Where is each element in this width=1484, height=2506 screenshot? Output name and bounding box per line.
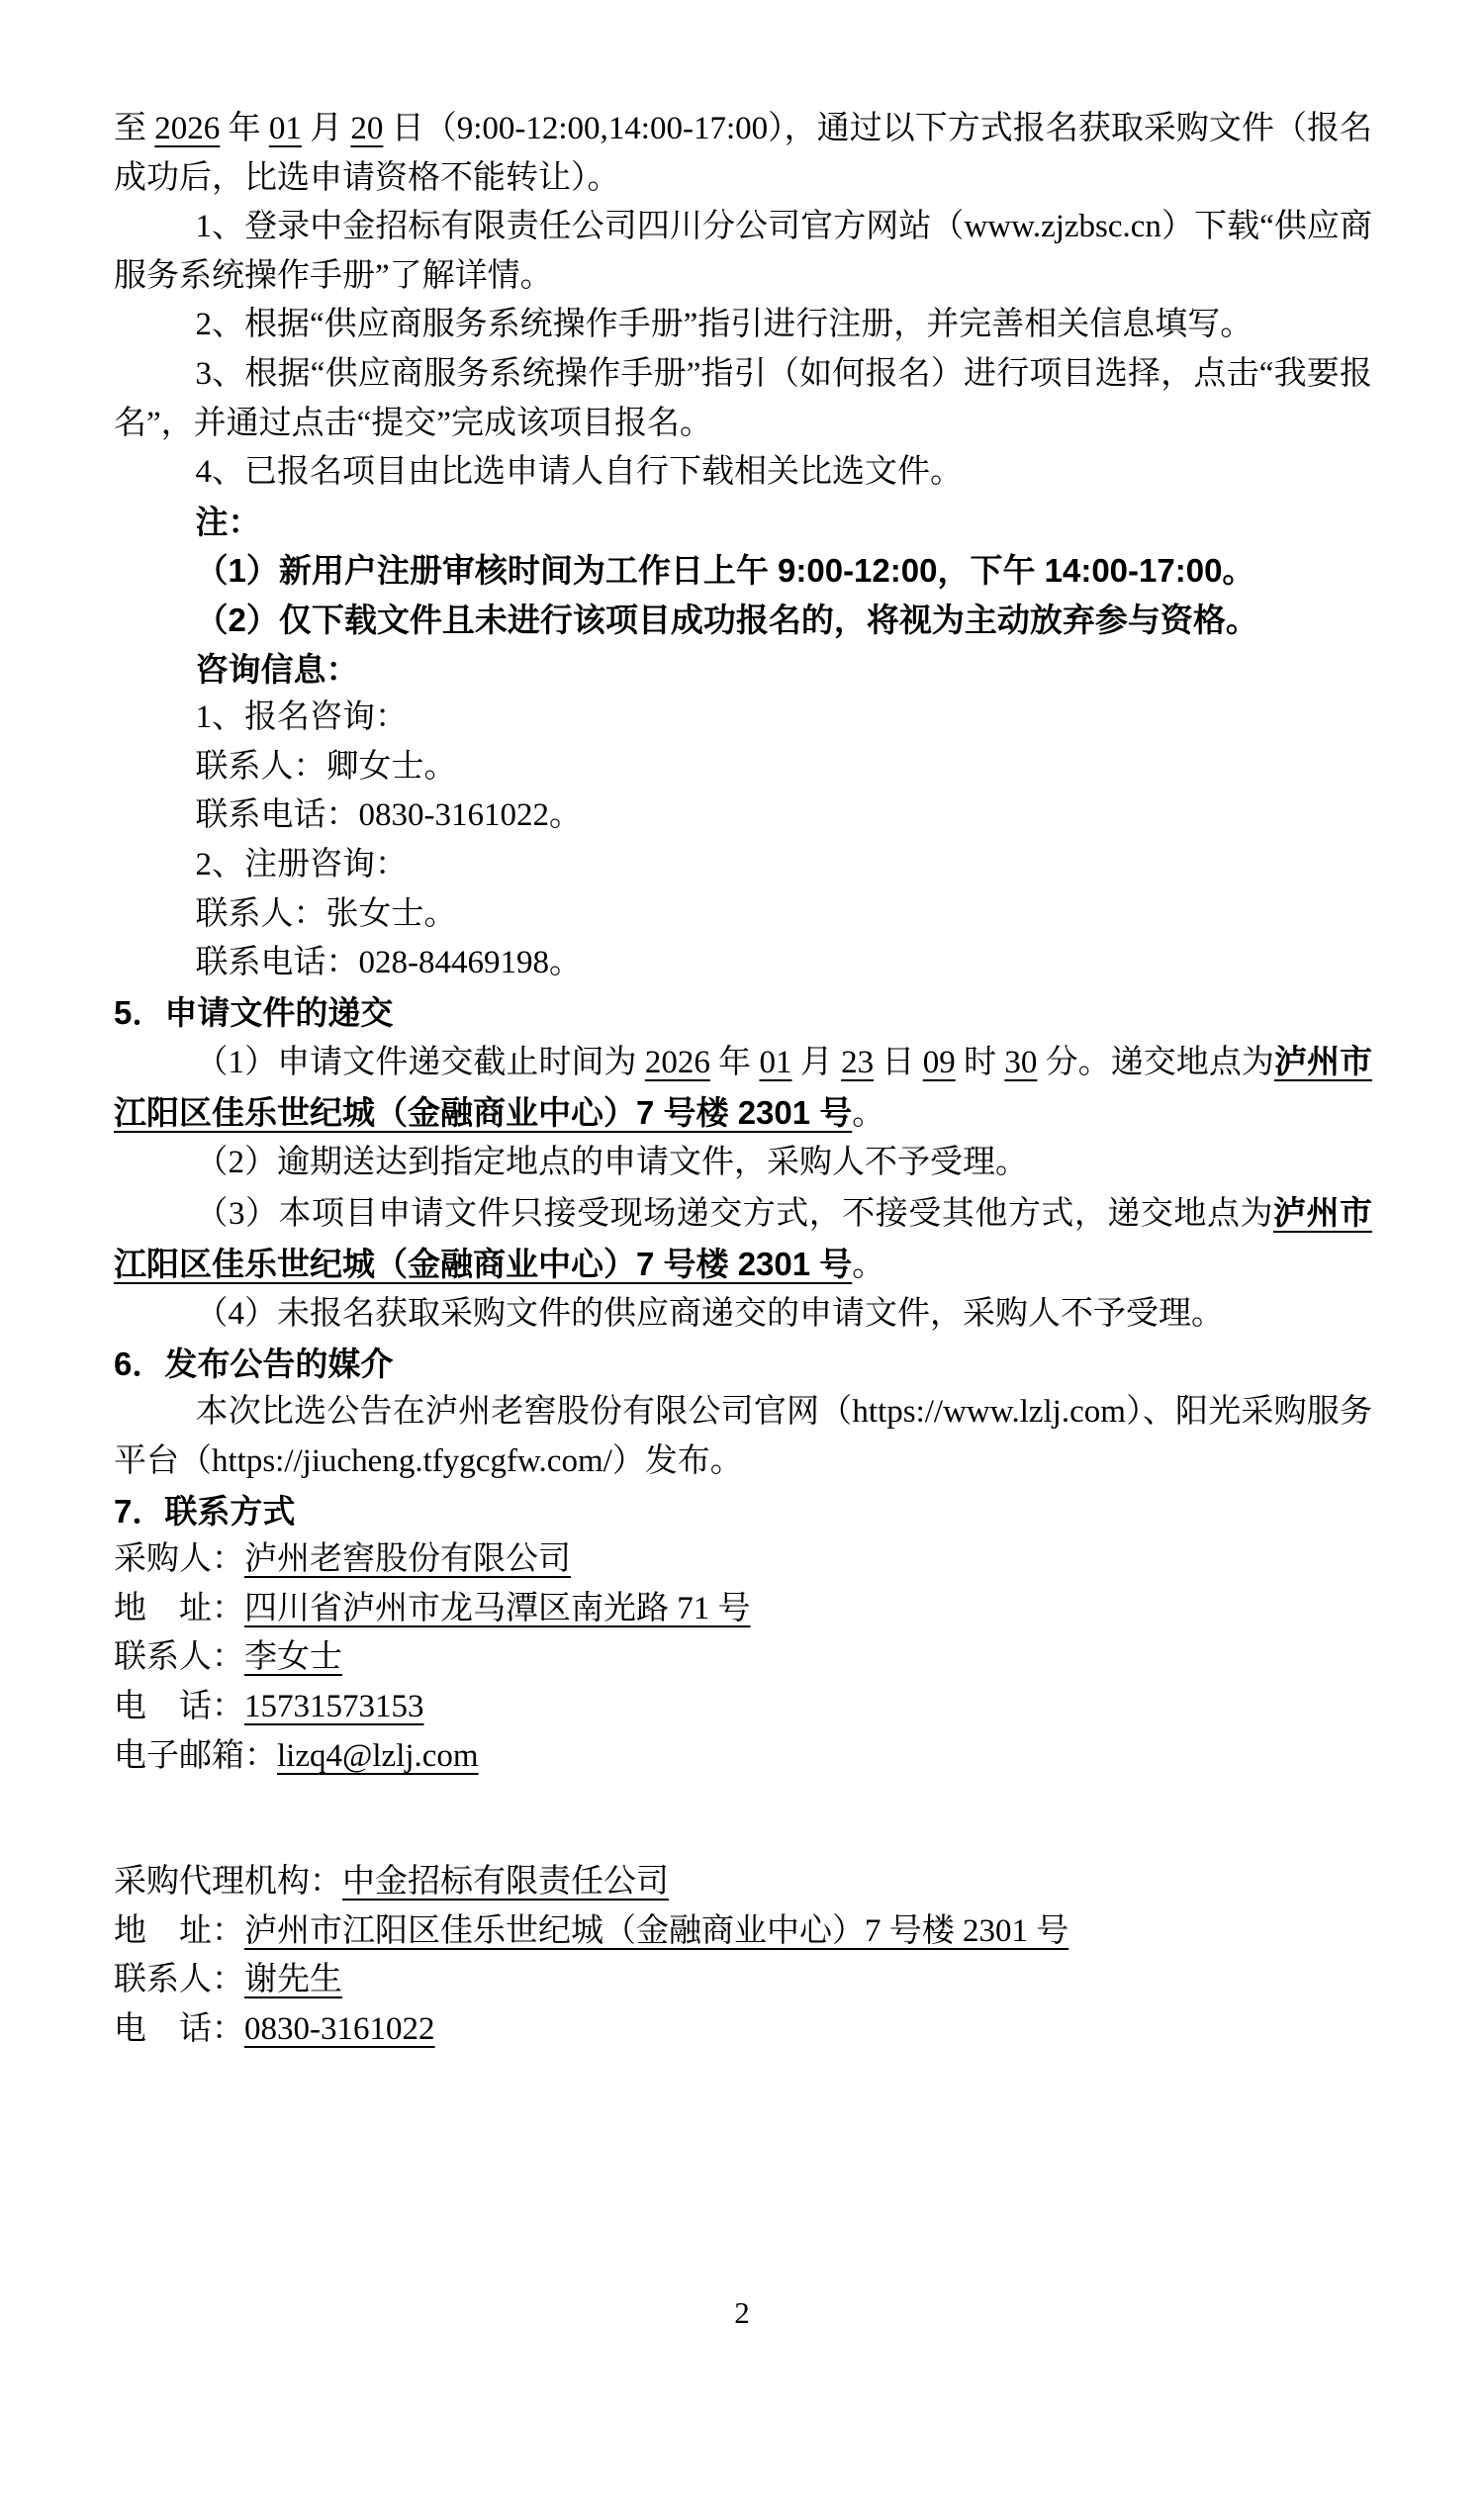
underlined-value: 四川省泸州市龙马潭区南光路 71 号 [244, 1591, 751, 1626]
signup-step-2: 2、根据“供应商服务系统操作手册”指引进行注册，并完善相关信息填写。 [114, 301, 1372, 350]
text-run: 采购人： [114, 1541, 244, 1577]
media-paragraph: 本次比选公告在泸州老窖股份有限公司官网（https://www.lzlj.com… [114, 1388, 1372, 1486]
text-run: 地 址： [114, 1591, 244, 1626]
signup-step-3: 3、根据“供应商服务系统操作手册”指引（如何报名）进行项目选择，点击“我要报名”… [114, 350, 1372, 448]
agency-address: 地 址：泸州市江阳区佳乐世纪城（金融商业中心）7 号楼 2301 号 [114, 1907, 1372, 1957]
text-run: 2、注册咨询： [196, 847, 409, 882]
text-run: （4）未报名获取采购文件的供应商递交的申请文件，采购人不予受理。 [196, 1296, 1225, 1332]
underlined-value: 泸州老窖股份有限公司 [244, 1541, 571, 1577]
underlined-value: 泸州市江阳区佳乐世纪城（金融商业中心）7 号楼 2301 号 [244, 1913, 1068, 1949]
text-run: 联系人：卿女士。 [196, 749, 457, 785]
underlined-value: 30 [1004, 1045, 1037, 1080]
text-run: 1、登录中金招标有限责任公司四川分公司官方网站（www.zjzbsc.cn）下载… [114, 209, 1372, 294]
consult-signup-label: 1、报名咨询： [114, 694, 1372, 743]
note-item-1: （1）新用户注册审核时间为工作日上午 9:00-12:00，下午 14:00-1… [114, 546, 1372, 596]
text-run: 地 址： [114, 1913, 244, 1949]
note-item-2: （2）仅下载文件且未进行该项目成功报名的，将视为主动放弃参与资格。 [114, 596, 1372, 645]
text-run: 分。递交地点为 [1037, 1045, 1274, 1080]
underlined-value: 15731573153 [244, 1689, 424, 1724]
text-run: 2、根据“供应商服务系统操作手册”指引进行注册，并完善相关信息填写。 [196, 307, 1253, 342]
document-body: 至 2026 年 01 月 20 日（9:00-12:00,14:00-17:0… [114, 105, 1372, 2055]
consult-signup-contact: 联系人：卿女士。 [114, 743, 1372, 792]
section-5-heading: 5．申请文件的递交 [114, 988, 1372, 1038]
submission-item-1: （1）申请文件递交截止时间为 2026 年 01 月 23 日 09 时 30 … [114, 1037, 1372, 1139]
text-run: （2）逾期送达到指定地点的申请文件，采购人不予受理。 [196, 1145, 1029, 1180]
text-run: 月 [302, 111, 351, 146]
consult-signup-phone: 联系电话：0830-3161022。 [114, 791, 1372, 841]
consult-register-contact: 联系人：张女士。 [114, 890, 1372, 940]
purchaser-phone: 电 话：15731573153 [114, 1683, 1372, 1732]
text-run: 联系电话：0830-3161022。 [196, 797, 583, 833]
underlined-value: 01 [269, 111, 302, 146]
text-run: 联系人：张女士。 [196, 896, 457, 932]
underlined-value: 2026 [154, 111, 220, 146]
underlined-value: 20 [350, 111, 383, 146]
signup-step-4: 4、已报名项目由比选申请人自行下载相关比选文件。 [114, 448, 1372, 498]
text-run: 本次比选公告在泸州老窖股份有限公司官网（https://www.lzlj.com… [114, 1394, 1372, 1479]
consult-register-phone: 联系电话：028-84469198。 [114, 939, 1372, 988]
text-run: 4、已报名项目由比选申请人自行下载相关比选文件。 [196, 454, 964, 490]
text-run: 月 [791, 1045, 841, 1080]
submission-item-3: （3）本项目申请文件只接受现场递交方式，不接受其他方式，递交地点为泸州市江阳区佳… [114, 1188, 1372, 1290]
text-run: （1）申请文件递交截止时间为 [196, 1045, 645, 1080]
submission-item-2: （2）逾期送达到指定地点的申请文件，采购人不予受理。 [114, 1139, 1372, 1188]
text-run: 5．申请文件的递交 [114, 994, 393, 1031]
consult-register-label: 2、注册咨询： [114, 841, 1372, 890]
text-run: 电 话： [114, 2011, 244, 2047]
text-run: 电 话： [114, 1689, 244, 1724]
underlined-value: 0830-3161022 [244, 2011, 435, 2047]
text-run: 3、根据“供应商服务系统操作手册”指引（如何报名）进行项目选择，点击“我要报名”… [114, 356, 1372, 441]
text-run: 。 [852, 1248, 884, 1283]
underlined-value: 李女士 [244, 1639, 342, 1675]
note-heading: 注： [114, 498, 1372, 547]
text-run: 咨询信息： [196, 651, 359, 688]
purchaser-name: 采购人：泸州老窖股份有限公司 [114, 1535, 1372, 1585]
submission-item-4: （4）未报名获取采购文件的供应商递交的申请文件，采购人不予受理。 [114, 1290, 1372, 1340]
text-run: 1、报名咨询： [196, 699, 409, 735]
signup-step-1: 1、登录中金招标有限责任公司四川分公司官方网站（www.zjzbsc.cn）下载… [114, 203, 1372, 301]
text-run: 6．发布公告的媒介 [114, 1346, 393, 1382]
section-6-heading: 6．发布公告的媒介 [114, 1340, 1372, 1389]
text-run: 。 [852, 1096, 884, 1132]
text-run: 日 [874, 1045, 923, 1080]
text-run: 联系人： [114, 1962, 244, 1997]
underlined-value: 09 [923, 1045, 956, 1080]
text-run: 年 [220, 111, 269, 146]
document-page: 至 2026 年 01 月 20 日（9:00-12:00,14:00-17:0… [0, 0, 1484, 2506]
text-run: 电子邮箱： [114, 1738, 277, 1774]
intro-continuation-line: 至 2026 年 01 月 20 日（9:00-12:00,14:00-17:0… [114, 105, 1372, 203]
text-run: 7．联系方式 [114, 1493, 295, 1530]
underlined-value: 谢先生 [244, 1962, 342, 1997]
agency-name: 采购代理机构：中金招标有限责任公司 [114, 1858, 1372, 1907]
text-run: 采购代理机构： [114, 1864, 342, 1900]
section-7-heading: 7．联系方式 [114, 1487, 1372, 1536]
text-run: 联系人： [114, 1639, 244, 1675]
underlined-value: lizq4@lzlj.com [277, 1738, 479, 1774]
agency-phone: 电 话：0830-3161022 [114, 2005, 1372, 2055]
purchaser-address: 地 址：四川省泸州市龙马潭区南光路 71 号 [114, 1585, 1372, 1634]
purchaser-contact: 联系人：李女士 [114, 1633, 1372, 1683]
underlined-value: 2026 [645, 1045, 710, 1080]
text-run: 联系电话：028-84469198。 [196, 945, 583, 980]
underlined-value: 中金招标有限责任公司 [342, 1864, 669, 1900]
text-run: 注： [196, 504, 261, 540]
text-run: （3）本项目申请文件只接受现场递交方式，不接受其他方式，递交地点为 [196, 1196, 1273, 1232]
text-run: 年 [710, 1045, 760, 1080]
page-footer: 2 [0, 2295, 1484, 2331]
consult-info-heading: 咨询信息： [114, 645, 1372, 695]
underlined-value: 01 [759, 1045, 791, 1080]
text-run: （2）仅下载文件且未进行该项目成功报名的，将视为主动放弃参与资格。 [196, 602, 1258, 638]
agency-contact: 联系人：谢先生 [114, 1956, 1372, 2005]
underlined-value: 23 [841, 1045, 874, 1080]
page-number: 2 [734, 2295, 750, 2330]
purchaser-email: 电子邮箱：lizq4@lzlj.com [114, 1732, 1372, 1782]
text-run: 时 [956, 1045, 1005, 1080]
section-gap [114, 1781, 1372, 1858]
text-run: （1）新用户注册审核时间为工作日上午 9:00-12:00，下午 14:00-1… [196, 552, 1255, 589]
text-run: 至 [114, 111, 154, 146]
